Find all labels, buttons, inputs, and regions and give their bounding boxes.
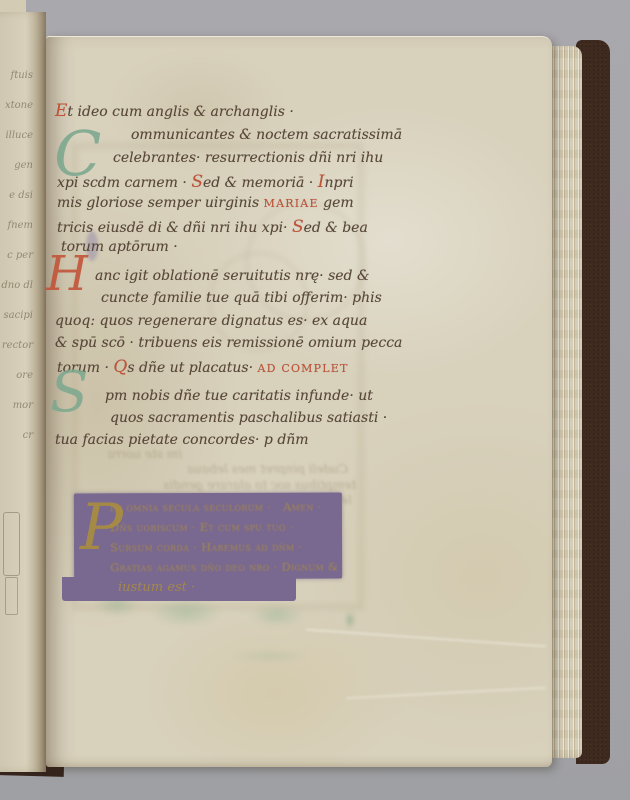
- facing-page-edge: ftuisxtoneillucegene dsifnemc perdno dls…: [0, 12, 46, 772]
- text-segment: cuncte familie tue quā tibi offerim· phi…: [101, 290, 382, 306]
- initial-letter: H: [46, 246, 88, 302]
- text-line: pm nobis dñe tue caritatis infunde· ut: [105, 388, 367, 410]
- initial-H: H: [46, 250, 88, 298]
- margin-fragment: ftuis: [0, 70, 46, 100]
- text-segment: MARIAE: [264, 197, 319, 210]
- parchment-crease: [306, 629, 546, 648]
- text-line: quos sacramentis paschalibus satiasti ·: [110, 410, 367, 432]
- initial-letter: S: [50, 360, 88, 425]
- green-stain: [345, 611, 355, 629]
- margin-fragment: fnem: [0, 220, 46, 250]
- text-segment: celebrantes· resurrectionis dñi nri ihu: [113, 150, 383, 166]
- margin-fragment: e dsi: [0, 190, 46, 220]
- band-tail-text: iustum est ·: [62, 577, 296, 595]
- band-text-line: er omnia secula seculorum · Amen ·: [110, 500, 342, 521]
- text-line: tua facias pietate concordes· p dñm: [55, 432, 367, 454]
- manuscript-photo: ftuisxtoneillucegene dsifnemc perdno dls…: [0, 0, 630, 800]
- marginal-sketch: [3, 512, 20, 576]
- text-line: xpi scdm carnem · Sed & memoriā · Inpri: [57, 172, 367, 194]
- text-segment: s dñe ut placatus·: [127, 360, 257, 376]
- text-line: ommunicantes & noctem sacratissimā: [131, 127, 367, 149]
- initial-letter: P: [80, 491, 123, 565]
- text-segment: npri: [324, 175, 353, 191]
- text-line: tricis eiusdē di & dñi nri ihu xpi· Sed …: [57, 217, 367, 239]
- text-line: & spū scō · tribuens eis remissionē omiu…: [55, 335, 367, 357]
- margin-fragment: rector: [0, 340, 46, 370]
- initial-C: C: [54, 123, 101, 185]
- text-line: quoq: quos regenerare dignatus es· ex aq…: [55, 313, 367, 335]
- text-block: Et ideo cum anglis & archanglis ·ommunic…: [55, 101, 367, 455]
- margin-fragment: cr: [0, 430, 46, 460]
- page-edges-right: [548, 46, 582, 758]
- text-segment: AD COMPLET: [257, 362, 348, 375]
- text-segment: & spū scō · tribuens eis remissionē omiu…: [55, 335, 402, 351]
- margin-fragment: illuce: [0, 130, 46, 160]
- text-line: torum · Qs dñe ut placatus· AD COMPLET: [57, 357, 367, 379]
- margin-fragment: xtone: [0, 100, 46, 130]
- text-segment: ed & bea: [304, 220, 368, 236]
- purple-band-tail: iustum est ·: [62, 577, 296, 601]
- text-segment: mis gloriose semper uirginis: [57, 195, 264, 211]
- text-line: Et ideo cum anglis & archanglis ·: [55, 101, 367, 123]
- initial-S: S: [50, 365, 88, 421]
- text-segment: quos sacramentis paschalibus satiasti ·: [110, 410, 387, 426]
- text-line: cuncte familie tue quā tibi offerim· phi…: [101, 290, 367, 312]
- manuscript-page: im ste uorraCudeli pinpret mes lebauatem…: [46, 36, 552, 767]
- green-stain: [230, 649, 310, 663]
- initial-letter: C: [54, 117, 101, 190]
- green-stain: [250, 603, 304, 627]
- text-segment: S: [292, 217, 304, 237]
- text-line: anc igit oblationē seruitutis nrę· sed &: [95, 268, 367, 290]
- margin-fragment: ore: [0, 370, 46, 400]
- show-through-line: temptibus soc to alarare gendis: [82, 478, 356, 493]
- green-stain: [150, 597, 222, 627]
- text-segment: tricis eiusdē di & dñi nri ihu xpi·: [57, 220, 292, 236]
- text-segment: pm nobis dñe tue caritatis infunde· ut: [105, 388, 373, 404]
- text-segment: S: [191, 172, 203, 192]
- text-line: celebrantes· resurrectionis dñi nri ihu: [113, 150, 367, 172]
- text-segment: ed & memoriā ·: [203, 175, 318, 191]
- text-line: torum aptōrum ·: [61, 239, 367, 261]
- text-segment: gem: [319, 195, 354, 211]
- text-line: mis gloriose semper uirginis MARIAE gem: [57, 195, 367, 217]
- band-text-line: Dñs uobiscum · Et cum spu tuo ·: [110, 520, 342, 541]
- margin-fragment: mor: [0, 400, 46, 430]
- text-segment: Q: [113, 357, 127, 377]
- text-segment: quoq: quos regenerare dignatus es· ex aq…: [55, 313, 367, 329]
- margin-text-fragments: ftuisxtoneillucegene dsifnemc perdno dls…: [0, 70, 46, 460]
- margin-fragment: dno dl: [0, 280, 46, 310]
- margin-fragment: sacipi: [0, 310, 46, 340]
- parchment-crease: [346, 687, 546, 699]
- show-through-line: Cudeli pinpret mes lebaua: [82, 462, 348, 477]
- band-text-line: Sursum corda · Habemus ad dñm ·: [110, 540, 342, 561]
- initial-P: P: [80, 496, 123, 560]
- text-segment: ommunicantes & noctem sacratissimā: [131, 127, 402, 143]
- text-segment: anc igit oblationē seruitutis nrę· sed &: [95, 268, 369, 284]
- margin-fragment: gen: [0, 160, 46, 190]
- margin-fragment: c per: [0, 250, 46, 280]
- text-segment: tua facias pietate concordes· p dñm: [55, 432, 309, 448]
